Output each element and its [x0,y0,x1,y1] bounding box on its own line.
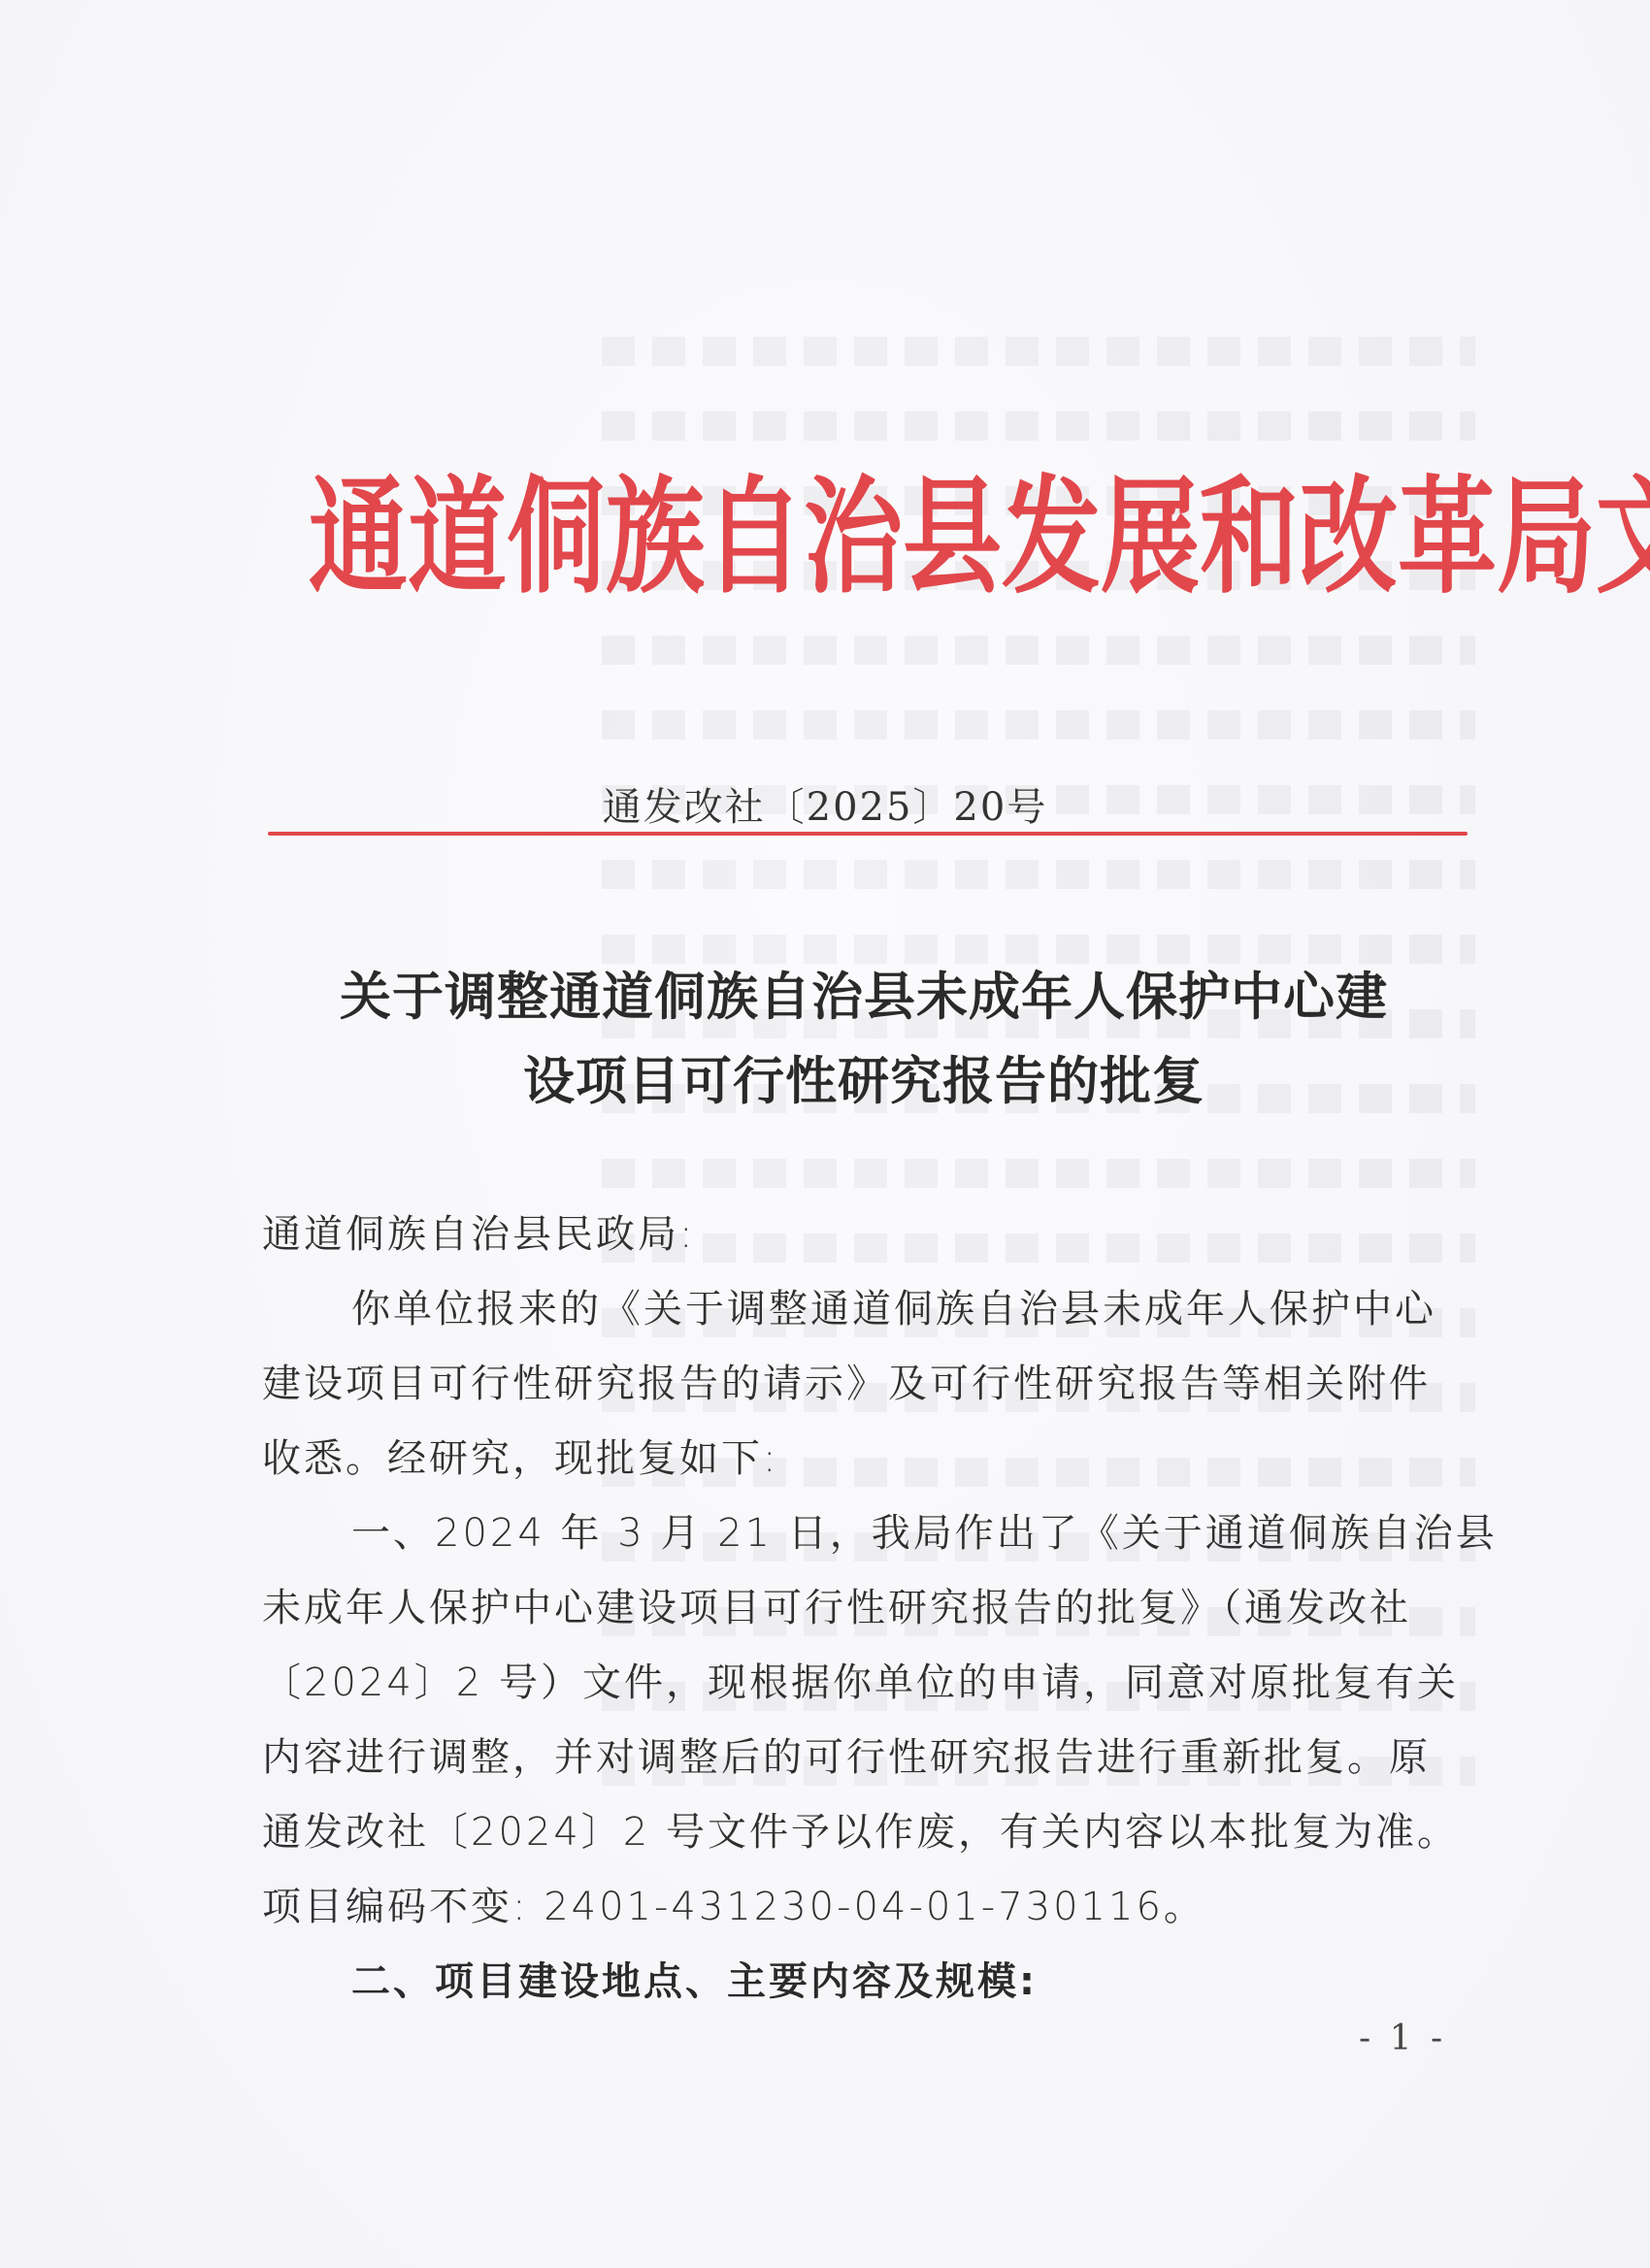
document-number: 通发改社〔2025〕20号 [0,776,1650,832]
section-1-line: 未成年人保护中心建设项目可行性研究报告的批复》（通发改社 [262,1577,1470,1632]
paragraph-line: 建设项目可行性研究报告的请示》及可行性研究报告等相关附件 [262,1353,1470,1408]
section-1-line: 通发改社〔2024〕2 号文件予以作废，有关内容以本批复为准。 [262,1801,1470,1857]
paragraph-line: 你单位报来的《关于调整通道侗族自治县未成年人保护中心 [351,1278,1470,1333]
issuer-header: 通道侗族自治县发展和改革局文件 [309,433,1435,644]
project-code-line: 项目编码不变: 2401-431230-04-01-730116。 [262,1876,1470,1931]
document-page: 通道侗族自治县发展和改革局文件 通发改社〔2025〕20号 关于调整通道侗族自治… [0,0,1650,2268]
section-1-line: 一、2024 年 3 月 21 日，我局作出了《关于通道侗族自治县 [351,1502,1470,1558]
section-1-line: 内容进行调整，并对调整后的可行性研究报告进行重新批复。原 [262,1726,1470,1782]
red-divider [268,832,1468,836]
section-1-line: 〔2024〕2 号）文件，现根据你单位的申请，同意对原批复有关 [262,1652,1470,1707]
recipient: 通道侗族自治县民政局: [262,1203,1470,1259]
document-title-line-2: 设项目可行性研究报告的批复 [262,1040,1466,1114]
paragraph-line: 收悉。经研究，现批复如下: [262,1428,1470,1483]
page-number: - 1 - [1359,2019,1446,2058]
section-2-heading: 二、项目建设地点、主要内容及规模: [351,1951,1470,2006]
document-title-line-1: 关于调整通道侗族自治县未成年人保护中心建 [262,956,1466,1030]
